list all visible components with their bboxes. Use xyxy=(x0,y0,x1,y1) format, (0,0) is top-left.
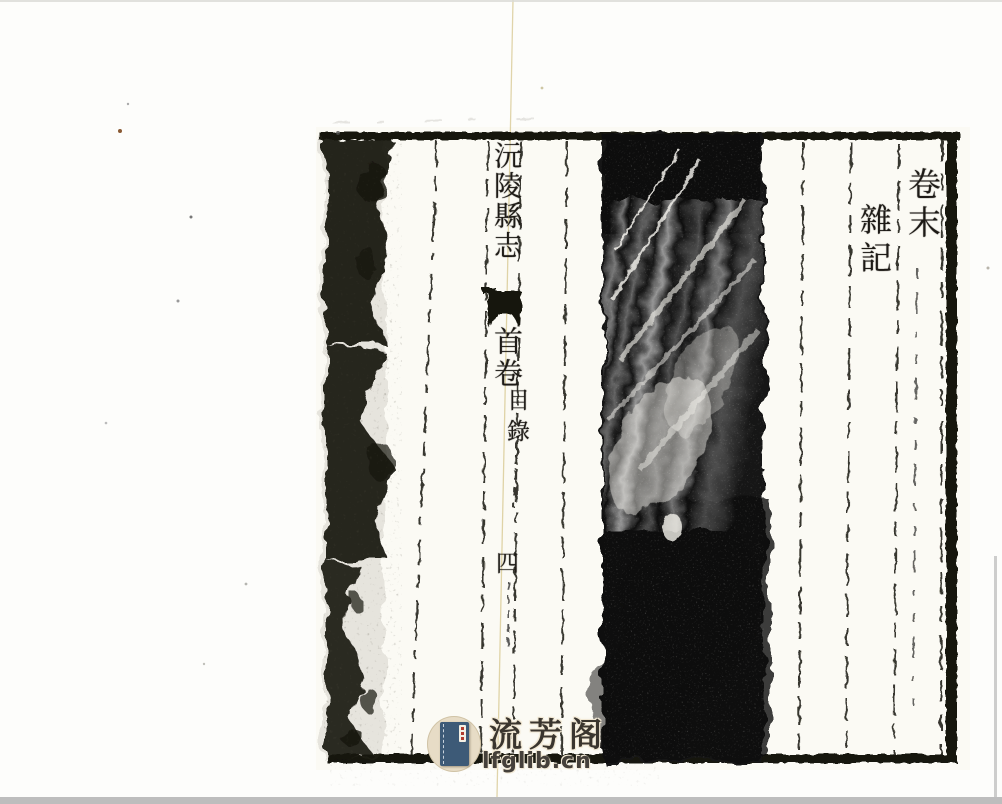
watermark-logo-circle xyxy=(427,716,481,772)
spine-book-title: 沅陵縣志 xyxy=(486,141,526,261)
ink-stain xyxy=(588,134,770,762)
watermark-site-url: lfglib.cn xyxy=(482,749,609,774)
faint-smear xyxy=(332,118,545,123)
column-misc-records: 雜記 xyxy=(851,203,897,279)
page-right-edge xyxy=(994,556,997,797)
stitched-book-icon xyxy=(440,722,469,766)
scan-bottom-strip xyxy=(0,797,1002,804)
spine-page-number: 四 xyxy=(489,551,522,574)
spine-section: 首卷 xyxy=(487,326,528,390)
column-volume-end: 卷末 xyxy=(899,167,946,243)
watermark-site-name: 流芳阁 xyxy=(489,718,609,753)
watermark-text: 流芳阁 lfglib.cn xyxy=(489,718,609,774)
book-title-label xyxy=(459,725,466,742)
scan-top-edge xyxy=(0,0,1002,2)
scanned-book-page: 沅陵縣志 首卷 目錄 四 卷末 雜記 流芳阁 lfglib.cn xyxy=(0,0,1002,804)
book-stitch-line xyxy=(443,724,444,764)
watermark: 流芳阁 lfglib.cn xyxy=(427,716,609,774)
spine-subsection: 目錄 xyxy=(500,388,533,450)
